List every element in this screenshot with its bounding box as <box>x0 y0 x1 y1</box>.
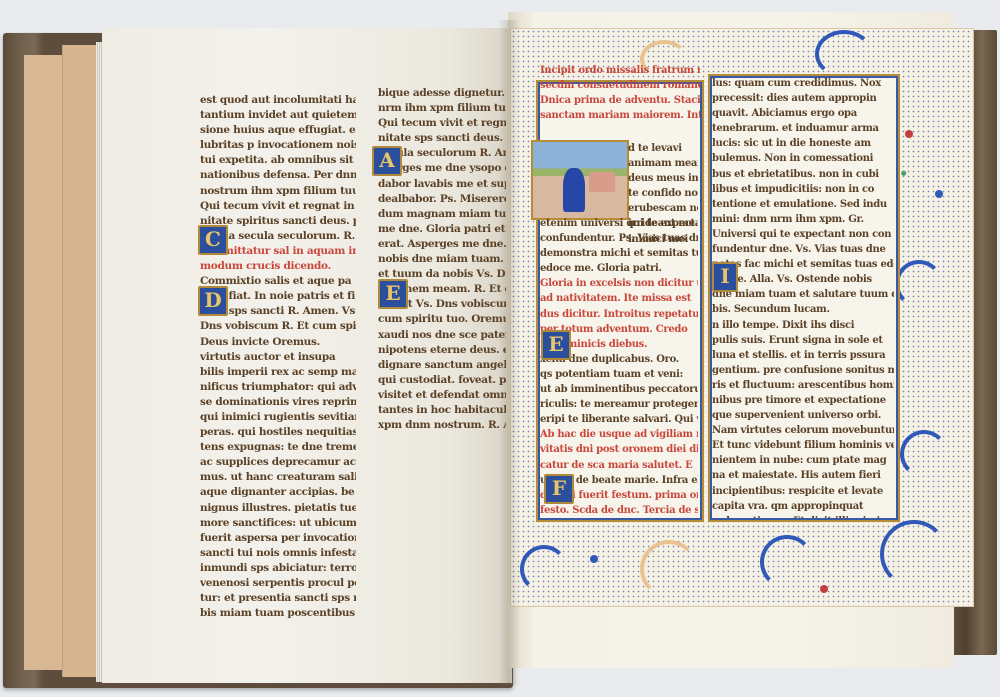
text-line: pulis suis. Erunt signa in sole et <box>712 335 894 350</box>
flower-ornament <box>935 190 943 198</box>
text-line: inmundi sps abiciatur: terror q <box>200 561 356 576</box>
text-line: bis. Secundum lucam. <box>712 304 894 319</box>
text-line: nignus illustres. pietatis tue <box>200 501 356 516</box>
text-line: Et tunc videbunt filium hominis ve <box>712 440 894 455</box>
text-line: dus dicitur. Introitus repetatur. <box>540 307 698 322</box>
text-line: mus. ut hanc creaturam salis et <box>200 470 356 485</box>
gutter-shadow <box>498 20 520 685</box>
rubric-line: secdm consuetudinem romane curie. <box>540 79 700 94</box>
initial-E: E <box>541 330 571 360</box>
text-line: edoce me. Gloria patri. <box>540 261 698 276</box>
acanthus-swirl <box>900 430 948 478</box>
text-line: vitatis dni post oronem diei di <box>540 442 698 457</box>
text-line: ut ab imminentibus peccatorum nrorum pe <box>540 382 698 397</box>
acanthus-swirl <box>640 540 698 598</box>
text-line: quavit. Abiciamus ergo opa <box>712 108 894 123</box>
text-line: Universi qui te expectant non con <box>712 229 894 244</box>
altar <box>589 172 615 192</box>
text-line: tantes in hoc habitaculo. per <box>378 403 506 418</box>
text-line: dealbabor. Ps. Miserere mei deus secu <box>378 192 506 207</box>
acanthus-swirl <box>815 30 873 78</box>
text-line: visitet et defendat omnes habi <box>378 388 506 403</box>
left-page-column-2: bique adesse dignetur. Per dnmnrm ihm xp… <box>378 86 506 436</box>
text-line: xaudi nos dne sce pater om <box>378 328 506 343</box>
left-page-column-1: est quod aut incolumitati habitantium in… <box>200 93 356 633</box>
text-line: venenosi serpentis procul pella <box>200 576 356 591</box>
text-line: dignare sanctum angelum tuum de celis. <box>378 358 506 373</box>
initial-I: I <box>712 262 738 292</box>
text-line: nibus pre timore et expectatione <box>712 395 894 410</box>
text-line: incipientibus: respicite et levate <box>712 486 894 501</box>
text-line: notas fac michi et semitas tuas edo <box>712 259 894 274</box>
historiated-initial-miniature <box>531 140 629 220</box>
text-line: festo. Scda de dnc. Tercia de sca <box>540 503 698 516</box>
text-line: d te levavi <box>628 141 698 156</box>
text-line: Nam virtutes celorum movebuntur. <box>712 425 894 440</box>
text-line: dabor lavabis me et sup nivem <box>378 177 506 192</box>
text-line: ad nativitatem. Ite missa est <box>540 291 698 306</box>
text-line: tenebrarum. et induamur arma <box>712 123 894 138</box>
text-line: qs potentiam tuam et veni: <box>540 367 698 382</box>
text-line: nrm ihm xpm filium tuum <box>378 101 506 116</box>
text-line: tentione et emulatione. Sed indu <box>712 199 894 214</box>
text-line: n illo tempe. Dixit ihs disci <box>712 320 894 335</box>
initial-E: E <box>378 279 408 309</box>
text-line: lus: quam cum credidimus. Nox <box>712 78 894 93</box>
text-line: tur: et presentia sancti sps no <box>200 591 356 606</box>
text-line: ac supplices deprecamur ac peti <box>200 455 356 470</box>
text-line: luna et stellis. et in terris pssura <box>712 350 894 365</box>
text-line: te confido no <box>628 186 698 201</box>
text-line: bulemus. Non in comessationi <box>712 153 894 168</box>
text-line: confundentur. Ps. Vias tuas dne <box>540 231 698 246</box>
text-line: bique adesse dignetur. Per dnm <box>378 86 506 101</box>
text-line: bus et ebrietatibus. non in cubi <box>712 169 894 184</box>
acanthus-swirl <box>760 535 814 589</box>
text-line: bis miam tuam poscentibus u <box>200 606 356 621</box>
text-line: sione huius aque effugiat. et sa <box>200 123 356 138</box>
text-line: peras. qui hostiles nequitias po <box>200 425 356 440</box>
initial-A: A <box>372 146 402 176</box>
text-line: catur de sca maria salutet. E <box>540 458 698 473</box>
text-line: sancti tui nois omnis infestatio <box>200 546 356 561</box>
text-line: nificus triumphator: qui adver <box>200 380 356 395</box>
text-line: Deus invicte Oremus. <box>200 335 356 350</box>
text-line: Qui tecum vivit et regnat in u <box>200 199 356 214</box>
rubric-line: sanctam mariam maiorem. Introitus. <box>540 109 700 124</box>
text-line: nitate sps sancti deus. Per omnia <box>378 131 506 146</box>
text-line: precessit: dies autem appropin <box>712 93 894 108</box>
flower-ornament <box>820 585 828 593</box>
text-line: fuerit aspersa per invocationem <box>200 531 356 546</box>
text-line: qui inimici rugientis sevitiam su <box>200 410 356 425</box>
rubric-line: Incipit ordo missalis fratrum minor <box>540 64 700 79</box>
text-line: nationibus defensa. Per dnm <box>200 168 356 183</box>
text-line: etenim universi qui te expectant non <box>540 216 698 231</box>
text-line: more sanctifices: ut ubicumque <box>200 516 356 531</box>
text-line: est quod aut incolumitati habi <box>200 93 356 108</box>
text-line: xpm dnm nostrum. R. Amen <box>378 418 506 433</box>
initial-D: D <box>198 286 228 316</box>
text-line: na et maiestate. His autem fieri <box>712 470 894 485</box>
text-line: libus et impudicitiis: non in co <box>712 184 894 199</box>
text-line: Dns vobiscum R. Et cum spiritu tuo. <box>200 319 356 334</box>
text-line: nobis dne miam tuam. R. Et salutare <box>378 252 506 267</box>
text-line: dne miam tuam et salutare tuum da no <box>712 289 894 304</box>
text-line: Ab hac die usque ad vigiliam nati <box>540 427 698 442</box>
text-line: se dominationis vires reprimis. <box>200 395 356 410</box>
text-line: mini: dnm nrm ihm xpm. Gr. <box>712 214 894 229</box>
text-line: fundentur dne. Vs. Vias tuas dne <box>712 244 894 259</box>
acanthus-swirl <box>895 260 943 308</box>
text-line: tui expetita. ab omnibus sit impug <box>200 153 356 168</box>
text-line: modum crucis dicendo. <box>200 259 356 274</box>
text-line: virtutis auctor et insupa <box>200 350 356 365</box>
right-page-column-2: lus: quam cum credidimus. Noxprecessit: … <box>712 78 894 518</box>
text-line: lucis: sic ut in die honeste am <box>712 138 894 153</box>
right-page-column-1: etenim universi qui te expectant nonconf… <box>540 216 698 516</box>
text-line: dum magnam miam tuam. Asperges <box>378 207 506 222</box>
acanthus-swirl <box>520 545 568 593</box>
text-line: ris et fluctuum: arescentibus homi <box>712 380 894 395</box>
text-line: erubescam neque <box>628 201 698 216</box>
initial-F: F <box>544 474 574 504</box>
text-line: cum spiritu tuo. Oremus. <box>378 312 506 327</box>
rubric-heading: Incipit ordo missalis fratrum minor secd… <box>540 64 700 126</box>
text-line: erat. Asperges me dne. Vs. Ostende <box>378 237 506 252</box>
acanthus-swirl <box>880 520 948 588</box>
text-line: eripi te liberante salvari. Qui vi. <box>540 412 698 427</box>
rubric-line: Dnica prima de adventu. Stacio ad <box>540 94 700 109</box>
text-line: que supervenient universo orbi. <box>712 410 894 425</box>
text-line: Qui tecum vivit et regnat in u <box>378 116 506 131</box>
text-line: deus meus in <box>628 171 698 186</box>
text-line: redemptio vra. Et dixit illis simi <box>712 516 894 518</box>
text-line: tantium invidet aut quietem asp <box>200 108 356 123</box>
text-line: nientem in nube: cum ptate mag <box>712 455 894 470</box>
flower-ornament <box>905 130 913 138</box>
text-line: capita vra. qm appropinquat <box>712 501 894 516</box>
text-line: nostrum ihm xpm filium tuum. <box>200 184 356 199</box>
text-line: qui custodiat. foveat. protegat <box>378 373 506 388</box>
flower-ornament <box>590 555 598 563</box>
text-line: lubritas p invocationem nois <box>200 138 356 153</box>
text-line: Gloria in excelsis non dicitur usq <box>540 276 698 291</box>
text-line: animam meam <box>628 156 698 171</box>
text-line: demonstra michi et semitas tuas <box>540 246 698 261</box>
kneeling-figure <box>563 168 585 212</box>
text-line: aque dignanter accipias. be <box>200 485 356 500</box>
text-line: ce me. Alla. Vs. Ostende nobis <box>712 274 894 289</box>
text-line: bilis imperii rex ac semp mag <box>200 365 356 380</box>
text-line: nipotens eterne deus. et mittere <box>378 343 506 358</box>
text-line: tens expugnas: te dne trementes <box>200 440 356 455</box>
initial-C: C <box>198 225 228 255</box>
text-line: me dne. Gloria patri et filio. Sicut <box>378 222 506 237</box>
text-line: gentium. pre confusione sonitus ma <box>712 365 894 380</box>
text-line: riculis: te mereamur protegente <box>540 397 698 412</box>
